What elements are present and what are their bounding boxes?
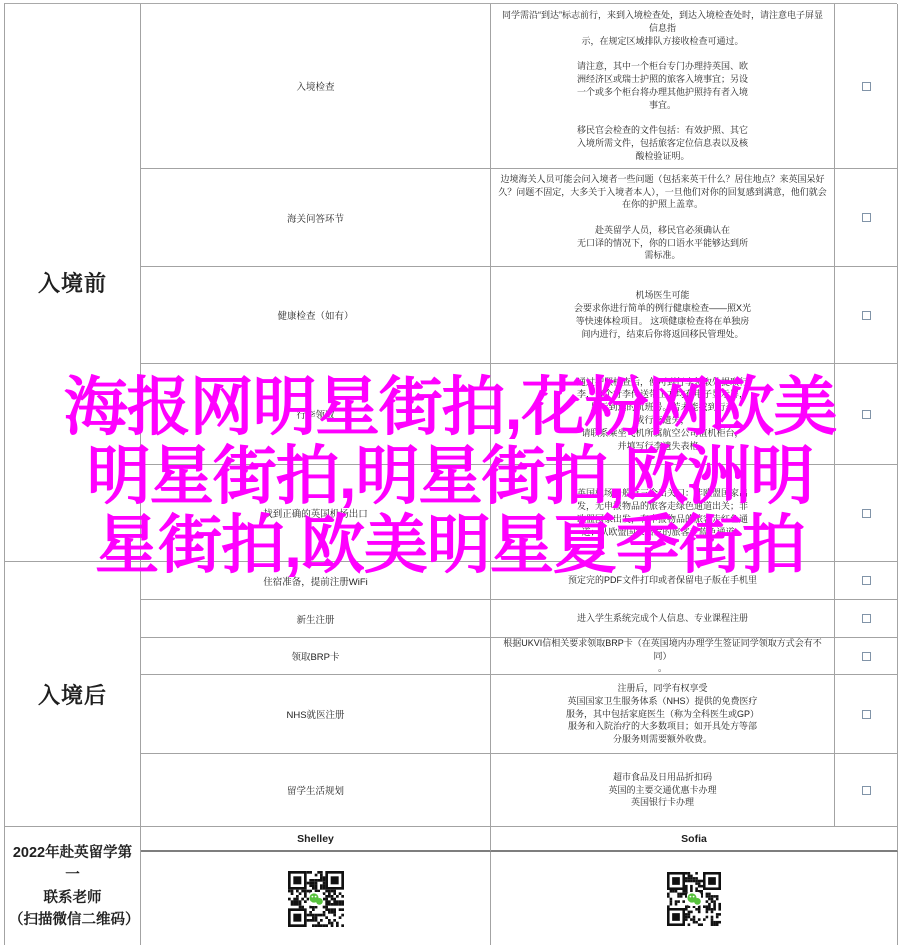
contact-name-sofia: Sofia: [491, 827, 898, 852]
row-check-cell: [835, 267, 898, 364]
row-checkbox[interactable]: [862, 82, 871, 91]
row-check-cell: [835, 169, 898, 267]
row-label-airport-exit: 找到正确的英国机场出口: [141, 465, 491, 562]
row-label-accommodation-wifi: 住宿准备，提前注册WiFi: [141, 562, 491, 600]
row-checkbox[interactable]: [862, 614, 871, 623]
stage-before-entry: 入境前: [5, 4, 141, 562]
checklist-sheet: 入境前 入境后 2022年赴英留学第一 联系老师 （扫描微信二维码） 入境检查 …: [0, 0, 900, 945]
row-desc-accommodation-wifi: 预定完的PDF文件打印或者保留电子版在手机里: [491, 562, 835, 600]
row-label-nhs-registration: NHS就医注册: [141, 675, 491, 754]
row-desc-health-check: 机场医生可能 会要求你进行简单的例行健康检查——照X光 等快速体检项目。 这项健…: [491, 267, 835, 364]
row-desc-baggage-claim: 通过护照检查后，便可到行李领取处提取行 李，每个行李传送带上方均有电子显示屏， …: [491, 364, 835, 465]
row-desc-customs-qa: 边境海关人员可能会问入境者一些问题（包括来英干什么？居住地点？来英国呆好 久？问…: [491, 169, 835, 267]
row-check-cell: [835, 754, 898, 827]
row-label-brp-card: 领取BRP卡: [141, 638, 491, 675]
row-checkbox[interactable]: [862, 509, 871, 518]
row-checkbox[interactable]: [862, 652, 871, 661]
row-checkbox[interactable]: [862, 576, 871, 585]
row-checkbox[interactable]: [862, 410, 871, 419]
row-check-cell: [835, 638, 898, 675]
row-checkbox[interactable]: [862, 710, 871, 719]
qr-cell-sofia: [491, 852, 898, 945]
row-desc-brp-card: 根据UKVI信相关要求领取BRP卡（在英国境内办理学生签证同学领取方式会有不同）…: [491, 638, 835, 675]
row-check-cell: [835, 364, 898, 465]
wechat-qr-code: [288, 871, 344, 927]
stage-after-entry: 入境后: [5, 562, 141, 827]
row-label-baggage-claim: 行李领取: [141, 364, 491, 465]
contact-name-shelley: Shelley: [141, 827, 491, 852]
row-desc-life-planning: 超市食品及日用品折扣码 英国的主要交通优惠卡办理 英国银行卡办理: [491, 754, 835, 827]
wechat-qr-code: [667, 872, 721, 926]
row-check-cell: [835, 562, 898, 600]
row-label-health-check: 健康检查（如有）: [141, 267, 491, 364]
row-desc-airport-exit: 英国机场一般有三个出关口：非欧盟国家出 发，无申报物品的旅客走绿色通道出关；非 …: [491, 465, 835, 562]
row-check-cell: [835, 600, 898, 638]
row-checkbox[interactable]: [862, 786, 871, 795]
row-desc-entry-check: 同学需沿“到达”标志前行，来到入境检查处，到达入境检查处时，请注意电子屏显 信息…: [491, 4, 835, 169]
row-checkbox[interactable]: [862, 311, 871, 320]
row-check-cell: [835, 4, 898, 169]
row-check-cell: [835, 675, 898, 754]
row-label-entry-check: 入境检查: [141, 4, 491, 169]
row-desc-nhs-registration: 注册后，同学有权享受 英国国家卫生服务体系（NHS）提供的免费医疗 服务，其中包…: [491, 675, 835, 754]
footer-contact-note: 2022年赴英留学第一 联系老师 （扫描微信二维码）: [5, 827, 141, 945]
row-desc-student-registration: 进入学生系统完成个人信息、专业课程注册: [491, 600, 835, 638]
uk-arrival-checklist-table: 入境前 入境后 2022年赴英留学第一 联系老师 （扫描微信二维码） 入境检查 …: [4, 3, 897, 945]
row-label-customs-qa: 海关问答环节: [141, 169, 491, 267]
row-checkbox[interactable]: [862, 213, 871, 222]
row-check-cell: [835, 465, 898, 562]
row-label-life-planning: 留学生活规划: [141, 754, 491, 827]
qr-cell-shelley: [141, 852, 491, 945]
row-label-student-registration: 新生注册: [141, 600, 491, 638]
